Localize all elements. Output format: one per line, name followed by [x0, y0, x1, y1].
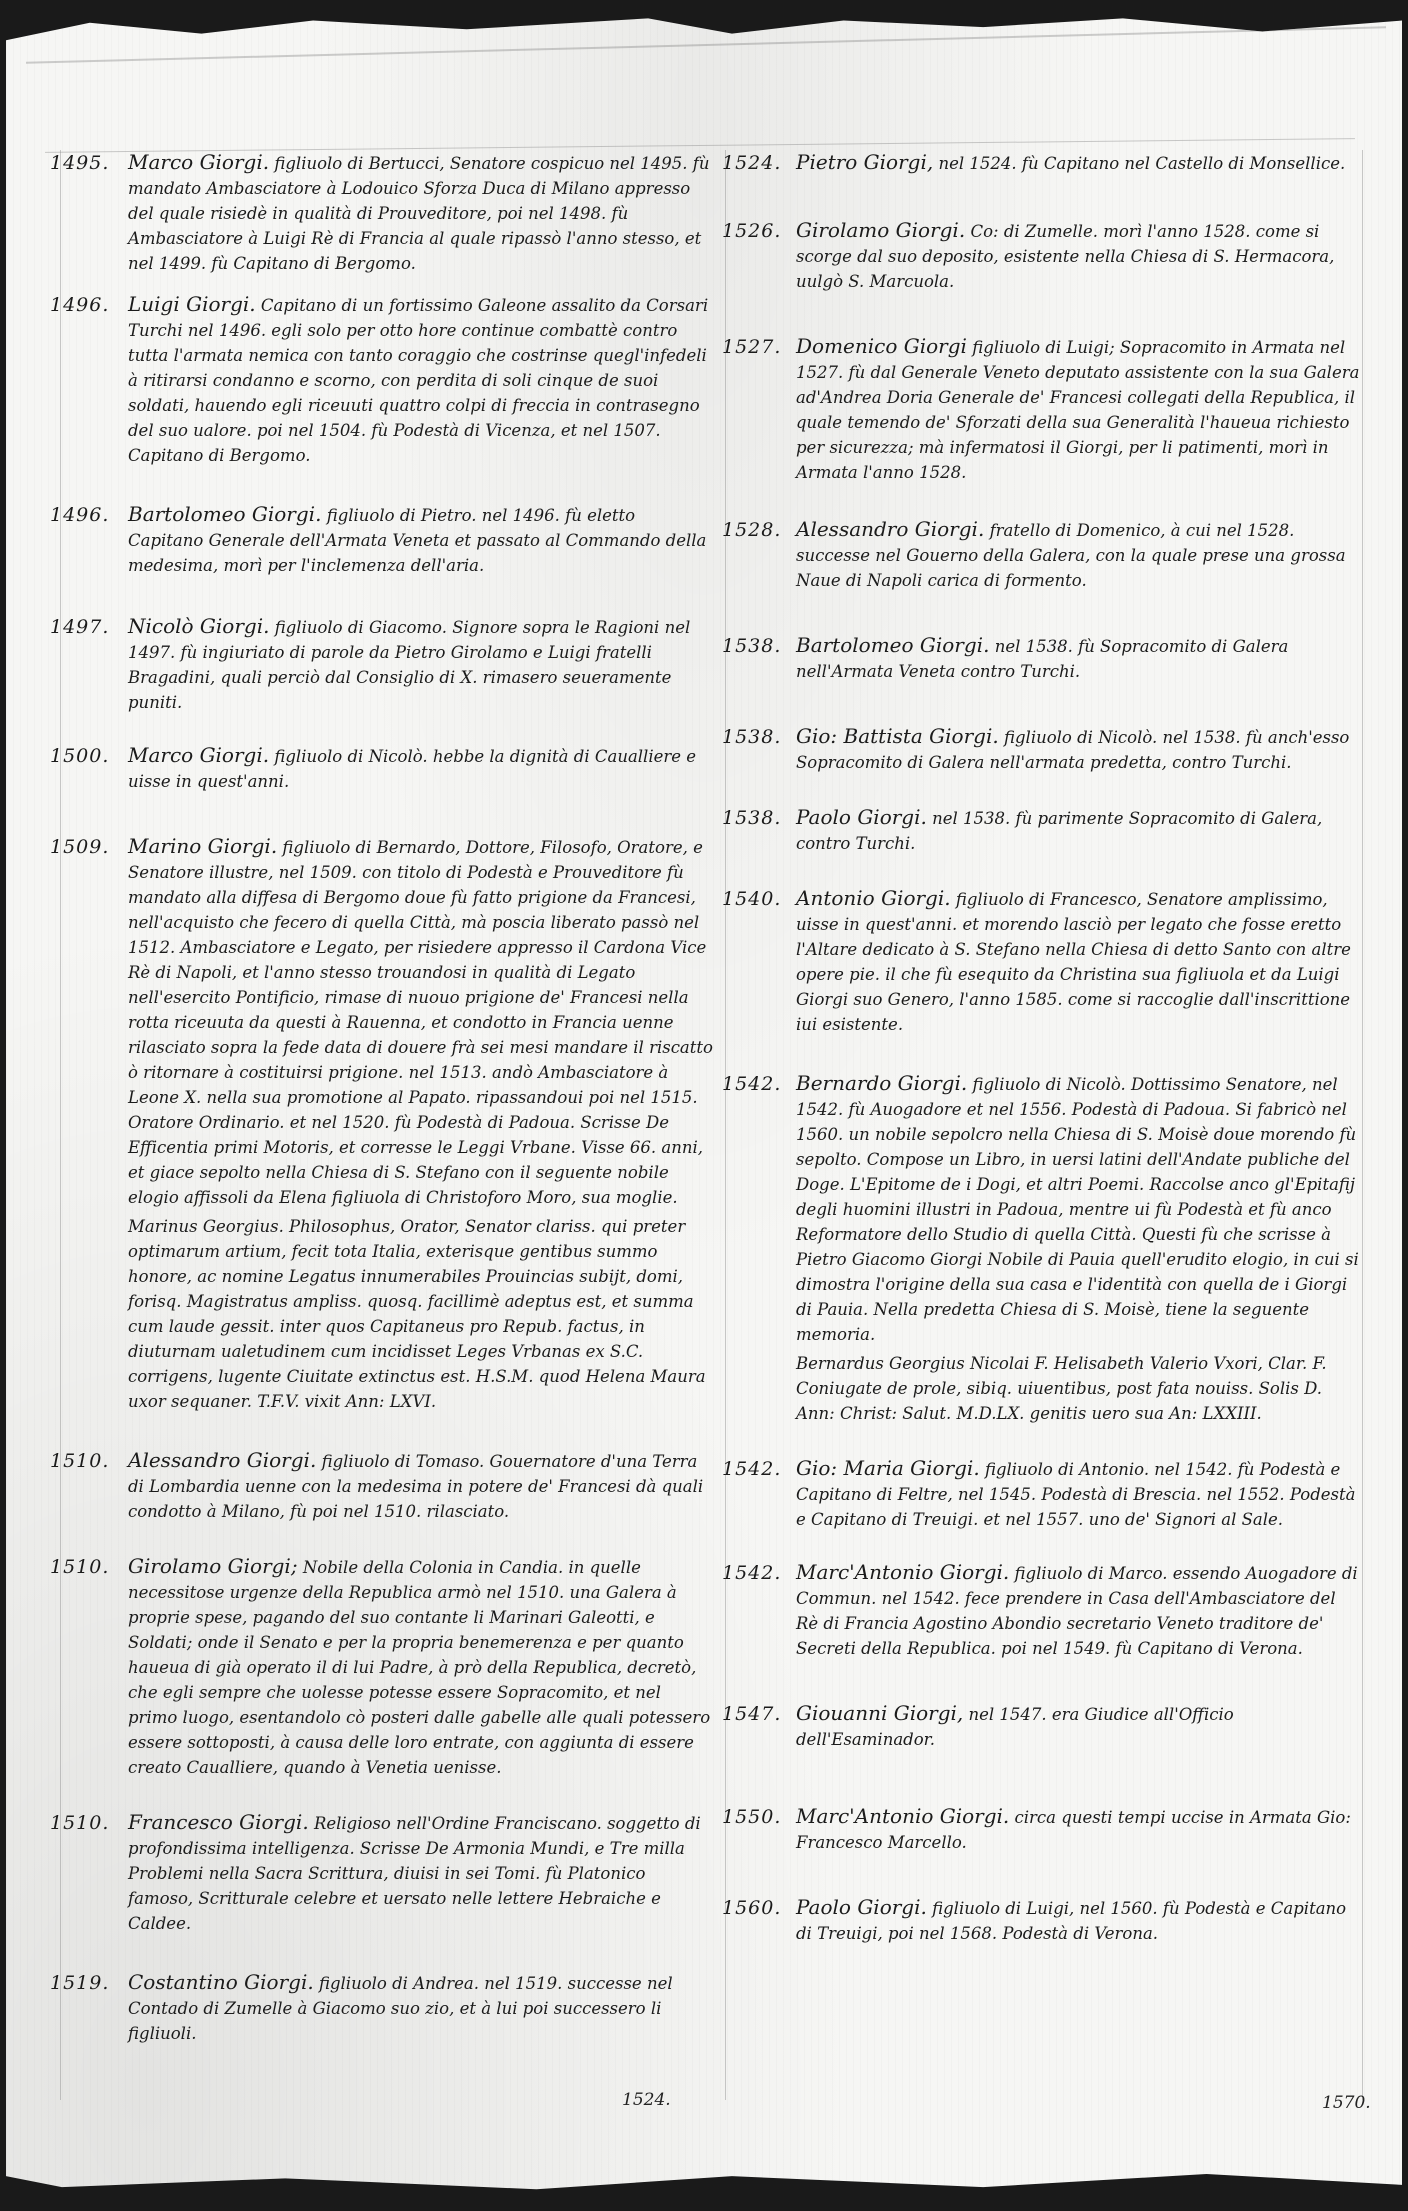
entry-body: Bartolomeo Giorgi. nel 1538. fù Sopracom… — [796, 633, 1362, 684]
entry: 1496. Luigi Giorgi. Capitano di un forti… — [50, 292, 715, 468]
entry-name: Giouanni Giorgi, — [796, 1701, 963, 1725]
entry-body: Marino Giorgi. figliuolo di Bernardo, Do… — [128, 834, 715, 1414]
entry-year: 1510. — [50, 1554, 128, 1780]
entry-year: 1550. — [722, 1804, 796, 1855]
entry-body: Paolo Giorgi. figliuolo di Luigi, nel 15… — [796, 1895, 1362, 1946]
entry-text: figliuolo di Bernardo, Dottore, Filosofo… — [128, 838, 713, 1207]
entry: 1538. Bartolomeo Giorgi. nel 1538. fù So… — [722, 633, 1362, 684]
entry-name: Marc'Antonio Giorgi. — [796, 1804, 1009, 1828]
entry-body: Alessandro Giorgi. figliuolo di Tomaso. … — [128, 1448, 715, 1524]
entry-body: Nicolò Giorgi. figliuolo di Giacomo. Sig… — [128, 614, 715, 715]
entry-name: Marino Giorgi. — [128, 834, 277, 858]
entry-body: Francesco Giorgi. Religioso nell'Ordine … — [128, 1810, 715, 1936]
entry-year: 1528. — [722, 517, 796, 593]
entry-body: Paolo Giorgi. nel 1538. fù parimente Sop… — [796, 805, 1362, 856]
entry-name: Marco Giorgi. — [128, 743, 269, 767]
entry-name: Alessandro Giorgi. — [128, 1448, 316, 1472]
epitaph-inscription: Bernardus Georgius Nicolai F. Helisabeth… — [796, 1351, 1362, 1426]
entry: 1496. Bartolomeo Giorgi. figliuolo di Pi… — [50, 502, 715, 578]
entry: 1519. Costantino Giorgi. figliuolo di An… — [50, 1970, 715, 2046]
entry: 1497. Nicolò Giorgi. figliuolo di Giacom… — [50, 614, 715, 715]
entry-text: Nobile della Colonia in Candia. in quell… — [128, 1558, 710, 1777]
entry-name: Francesco Giorgi. — [128, 1810, 309, 1834]
entry-text: nel 1524. fù Capitano nel Castello di Mo… — [938, 154, 1345, 173]
entry-name: Girolamo Giorgi; — [128, 1554, 298, 1578]
entry: 1528. Alessandro Giorgi. fratello di Dom… — [722, 517, 1362, 593]
entry: 1547. Giouanni Giorgi, nel 1547. era Giu… — [722, 1701, 1362, 1752]
entry-year: 1519. — [50, 1970, 128, 2046]
entry: 1510. Girolamo Giorgi; Nobile della Colo… — [50, 1554, 715, 1780]
entry: 1495. Marco Giorgi. figliuolo di Bertucc… — [50, 150, 715, 276]
entry-body: Antonio Giorgi. figliuolo di Francesco, … — [796, 886, 1362, 1037]
entry-year: 1538. — [722, 633, 796, 684]
catchword-left: 1524. — [622, 2090, 671, 2110]
entry-name: Bartolomeo Giorgi. — [128, 502, 321, 526]
entry-body: Marco Giorgi. figliuolo di Nicolò. hebbe… — [128, 743, 715, 794]
entry-year: 1547. — [722, 1701, 796, 1752]
entry-name: Gio: Maria Giorgi. — [796, 1456, 980, 1480]
entry-text: figliuolo di Nicolò. Dottissimo Senatore… — [796, 1075, 1359, 1344]
entry-year: 1497. — [50, 614, 128, 715]
entry-name: Antonio Giorgi. — [796, 886, 951, 910]
entry-name: Nicolò Giorgi. — [128, 614, 269, 638]
right-margin-line — [1362, 150, 1363, 2100]
entry-body: Alessandro Giorgi. fratello di Domenico,… — [796, 517, 1362, 593]
entry-body: Bernardo Giorgi. figliuolo di Nicolò. Do… — [796, 1071, 1362, 1426]
entry-name: Luigi Giorgi. — [128, 292, 256, 316]
entry-text: figliuolo di Luigi; Sopracomito in Armat… — [796, 338, 1359, 482]
entry-year: 1509. — [50, 834, 128, 1414]
entry-year: 1542. — [722, 1456, 796, 1532]
entry-body: Giouanni Giorgi, nel 1547. era Giudice a… — [796, 1701, 1362, 1752]
entry-year: 1500. — [50, 743, 128, 794]
entry-year: 1495. — [50, 150, 128, 276]
entry: 1550. Marc'Antonio Giorgi. circa questi … — [722, 1804, 1362, 1855]
right-column: 1524. Pietro Giorgi, nel 1524. fù Capita… — [722, 150, 1362, 1968]
entry-name: Paolo Giorgi. — [796, 1895, 927, 1919]
entry-name: Marco Giorgi. — [128, 150, 269, 174]
entry-text: Capitano di un fortissimo Galeone assali… — [128, 296, 708, 465]
entry-name: Girolamo Giorgi. — [796, 218, 965, 242]
entry-body: Girolamo Giorgi; Nobile della Colonia in… — [128, 1554, 715, 1780]
entry-body: Pietro Giorgi, nel 1524. fù Capitano nel… — [796, 150, 1362, 176]
entry-body: Domenico Giorgi figliuolo di Luigi; Sopr… — [796, 334, 1362, 485]
entry-year: 1542. — [722, 1071, 796, 1426]
entry-body: Gio: Maria Giorgi. figliuolo di Antonio.… — [796, 1456, 1362, 1532]
entry-year: 1540. — [722, 886, 796, 1037]
entry-year: 1526. — [722, 218, 796, 294]
entry-year: 1527. — [722, 334, 796, 485]
entry: 1509. Marino Giorgi. figliuolo di Bernar… — [50, 834, 715, 1414]
entry-year: 1510. — [50, 1810, 128, 1936]
entry: 1542. Marc'Antonio Giorgi. figliuolo di … — [722, 1560, 1362, 1661]
entry-name: Bartolomeo Giorgi. — [796, 633, 989, 657]
entry-year: 1496. — [50, 502, 128, 578]
entry-name: Bernardo Giorgi. — [796, 1071, 967, 1095]
entry-name: Domenico Giorgi — [796, 334, 967, 358]
entry-name: Gio: Battista Giorgi. — [796, 724, 999, 748]
entry: 1542. Gio: Maria Giorgi. figliuolo di An… — [722, 1456, 1362, 1532]
entry: 1538. Gio: Battista Giorgi. figliuolo di… — [722, 724, 1362, 775]
entry-text: figliuolo di Francesco, Senatore ampliss… — [796, 890, 1351, 1034]
entry: 1510. Francesco Giorgi. Religioso nell'O… — [50, 1810, 715, 1936]
entry: 1527. Domenico Giorgi figliuolo di Luigi… — [722, 334, 1362, 485]
entry: 1560. Paolo Giorgi. figliuolo di Luigi, … — [722, 1895, 1362, 1946]
entry-year: 1510. — [50, 1448, 128, 1524]
epitaph-inscription: Marinus Georgius. Philosophus, Orator, S… — [128, 1214, 715, 1414]
entry-body: Girolamo Giorgi. Co: di Zumelle. morì l'… — [796, 218, 1362, 294]
entry: 1540. Antonio Giorgi. figliuolo di Franc… — [722, 886, 1362, 1037]
entry: 1510. Alessandro Giorgi. figliuolo di To… — [50, 1448, 715, 1524]
entry-body: Luigi Giorgi. Capitano di un fortissimo … — [128, 292, 715, 468]
entry-name: Costantino Giorgi. — [128, 1970, 314, 1994]
entry-body: Bartolomeo Giorgi. figliuolo di Pietro. … — [128, 502, 715, 578]
entry-name: Marc'Antonio Giorgi. — [796, 1560, 1009, 1584]
entry-year: 1560. — [722, 1895, 796, 1946]
entry: 1524. Pietro Giorgi, nel 1524. fù Capita… — [722, 150, 1362, 176]
entry-body: Marc'Antonio Giorgi. circa questi tempi … — [796, 1804, 1362, 1855]
paper-fold-line — [26, 26, 1386, 104]
entry: 1526. Girolamo Giorgi. Co: di Zumelle. m… — [722, 218, 1362, 294]
entry-name: Pietro Giorgi, — [796, 150, 933, 174]
entry-body: Gio: Battista Giorgi. figliuolo di Nicol… — [796, 724, 1362, 775]
entry-body: Costantino Giorgi. figliuolo di Andrea. … — [128, 1970, 715, 2046]
entry-year: 1538. — [722, 724, 796, 775]
entry-body: Marco Giorgi. figliuolo di Bertucci, Sen… — [128, 150, 715, 276]
entry: 1538. Paolo Giorgi. nel 1538. fù parimen… — [722, 805, 1362, 856]
entry-year: 1524. — [722, 150, 796, 176]
entry-year: 1542. — [722, 1560, 796, 1661]
entry: 1542. Bernardo Giorgi. figliuolo di Nico… — [722, 1071, 1362, 1426]
entry-year: 1496. — [50, 292, 128, 468]
entry-name: Alessandro Giorgi. — [796, 517, 984, 541]
catchword-right: 1570. — [1322, 2093, 1371, 2113]
entry-body: Marc'Antonio Giorgi. figliuolo di Marco.… — [796, 1560, 1362, 1661]
entry-name: Paolo Giorgi. — [796, 805, 927, 829]
left-column: 1495. Marco Giorgi. figliuolo di Bertucc… — [50, 150, 715, 2068]
entry: 1500. Marco Giorgi. figliuolo di Nicolò.… — [50, 743, 715, 794]
entry-year: 1538. — [722, 805, 796, 856]
